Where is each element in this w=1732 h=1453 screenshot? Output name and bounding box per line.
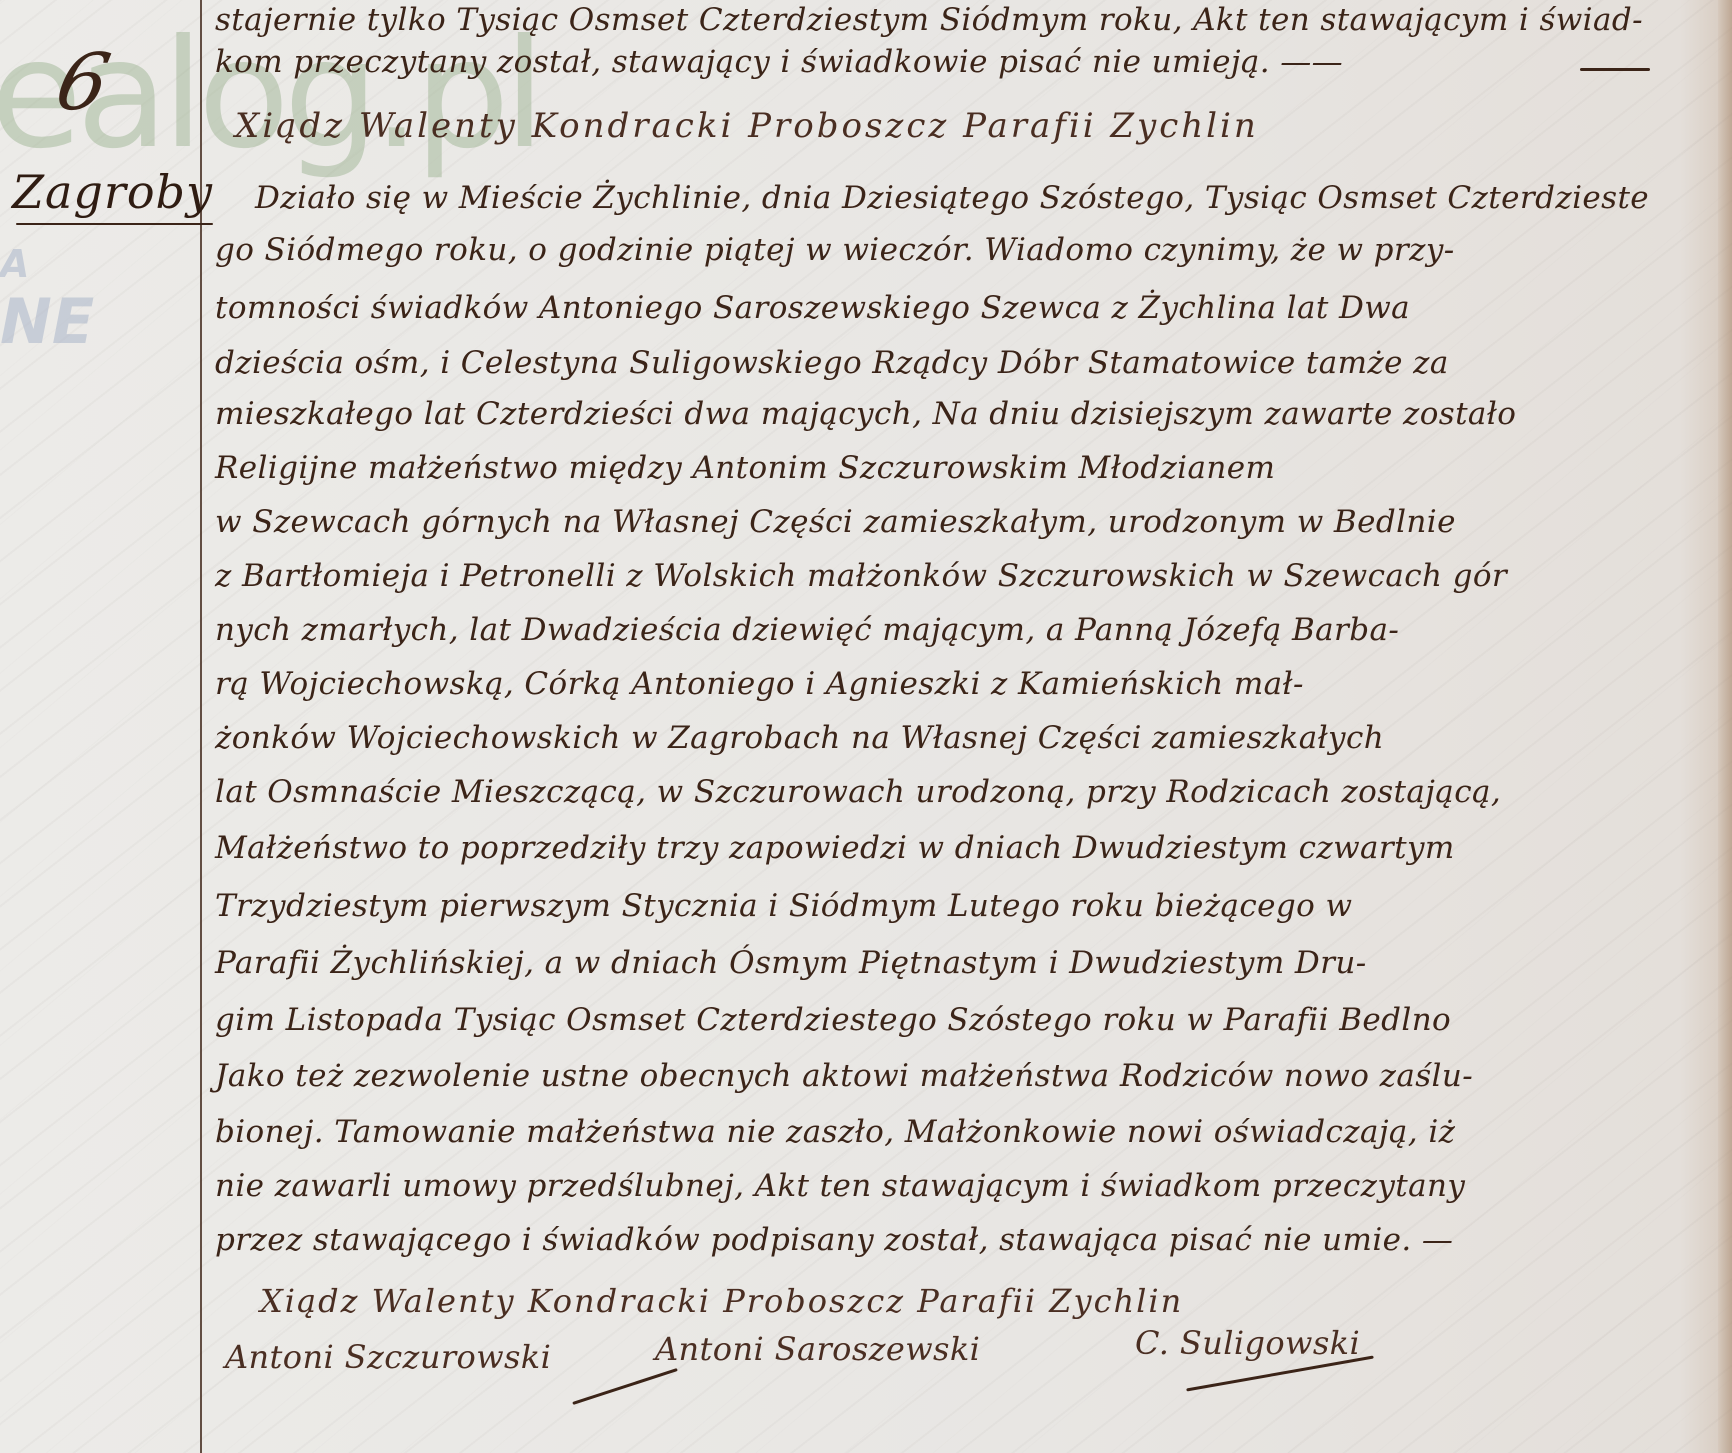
watermark-blue-top: A [0, 245, 94, 283]
line-end-dash [1580, 68, 1650, 71]
signature-2: Antoni Saroszewski [655, 1330, 980, 1368]
record-line: kom przeczytany został, stawający i świa… [215, 44, 1343, 80]
record-line: nie zawarli umowy przedślubnej, Akt ten … [215, 1168, 1465, 1204]
record-line: Jako też zezwolenie ustne obecnych aktow… [215, 1058, 1473, 1094]
record-line: Parafii Żychlińskiej, a w dniach Ósmym P… [215, 945, 1367, 981]
watermark-blue-bottom: NE [0, 285, 94, 358]
watermark-blue-text: A NE [0, 245, 94, 353]
record-line: dzieścia ośm, i Celestyna Suligowskiego … [215, 345, 1449, 381]
record-line: Działo się w Mieście Żychlinie, dnia Dzi… [255, 180, 1649, 216]
priest-signature: Xiądz Walenty Kondracki Proboszcz Parafi… [260, 1282, 1183, 1320]
record-line: Małżeństwo to poprzedziły trzy zapowiedz… [215, 830, 1455, 866]
record-line: z Bartłomieja i Petronelli z Wolskich ma… [215, 558, 1507, 594]
record-line: przez stawającego i świadków podpisany z… [215, 1222, 1453, 1258]
record-line: żonków Wojciechowskich w Zagrobach na Wł… [215, 720, 1384, 756]
page-binding-edge [1718, 0, 1732, 1453]
signature-flourish [572, 1368, 678, 1405]
record-line: Religijne małżeństwo między Antonim Szcz… [215, 450, 1275, 486]
signature-1: Antoni Szczurowski [225, 1338, 551, 1376]
record-line: bionej. Tamowanie małżeństwa nie zaszło,… [215, 1114, 1455, 1150]
record-line: lat Osmnaście Mieszczącą, w Szczurowach … [215, 774, 1501, 810]
margin-place-name: Zagroby [12, 165, 213, 219]
record-line: w Szewcach górnych na Własnej Części zam… [215, 504, 1456, 540]
record-line: go Siódmego roku, o godzinie piątej w wi… [215, 232, 1455, 268]
record-line: mieszkałego lat Czterdzieści dwa mającyc… [215, 396, 1516, 432]
record-line: rą Wojciechowską, Córką Antoniego i Agni… [215, 666, 1304, 702]
record-line: stajernie tylko Tysiąc Osmset Czterdzies… [215, 2, 1643, 38]
signature-3: C. Suligowski [1135, 1324, 1360, 1362]
record-line: gim Listopada Tysiąc Osmset Czterdzieste… [215, 1002, 1451, 1038]
record-line-priest-header: Xiądz Walenty Kondracki Proboszcz Parafi… [235, 106, 1259, 146]
scanned-register-page: ealog.pl A NE 6 Zagroby stajernie tylko … [0, 0, 1732, 1453]
record-line: nych zmarłych, lat Dwadzieścia dziewięć … [215, 612, 1399, 648]
record-line: tomności świadków Antoniego Saroszewskie… [215, 290, 1410, 326]
record-line: Trzydziestym pierwszym Stycznia i Siódmy… [215, 888, 1352, 924]
